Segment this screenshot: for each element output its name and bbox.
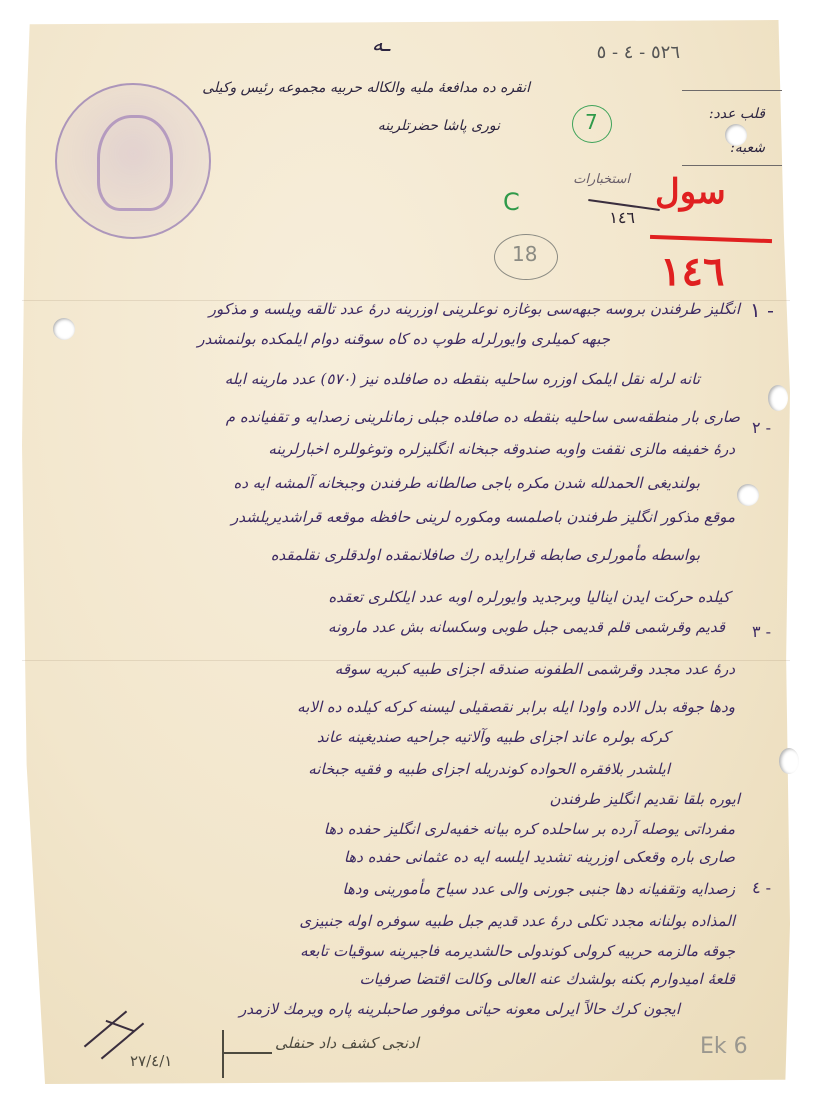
signature-stroke — [222, 1052, 272, 1054]
punch-hole — [737, 484, 759, 506]
paragraph-4-line-6: قلعهٔ امیدوارم بکنه بولشدك عنه العالی وک… — [360, 970, 735, 988]
archive-note-number: ١٤٦ — [609, 208, 635, 227]
divider — [682, 165, 782, 166]
paragraph-3-line-5: کرکه بولره عاند اجزای طبیه وآلاتیه جراحی… — [317, 728, 670, 746]
pencil-circle-number: 18 — [512, 242, 537, 266]
paragraph-4-line-1: مفرداتی یوصله آرده بر ساحلده کره بیانه خ… — [324, 820, 735, 838]
paragraph-2-line-5: بواسطه مأمورلری صابطه قرارایده رك صافلان… — [271, 546, 700, 564]
paragraph-number: ١ - — [750, 298, 774, 322]
punch-hole — [53, 318, 75, 340]
paragraph-2-line-3: بولندیغی الحمدلله شدن مکره باجی صالطانه … — [233, 474, 700, 492]
paragraph-3-line-7: ایوره بلقا نقدیم انگلیز طرفندن — [549, 790, 740, 808]
green-mark: C — [503, 188, 520, 216]
green-circle-number: 7 — [585, 110, 598, 134]
red-annotation-top: سول — [655, 172, 726, 212]
paragraph-4-line-7: ایجون کرك حالاً ایرلی معونه حیاتی موفور … — [239, 1000, 680, 1018]
signature-date: ٢٧/٤/١ — [130, 1052, 172, 1070]
pencil-footer: Ek 6 — [700, 1034, 748, 1059]
top-marker: ـه — [372, 32, 390, 57]
paragraph-1-line-3: تانه لرله نقل ایلمک اوزره ساحلیه بنقطه د… — [225, 370, 700, 388]
red-annotation-number: ١٤٦ — [660, 248, 724, 295]
paragraph-3-line-4: ودها جوقه بدل الاده واودا ایله برابر نقص… — [297, 698, 735, 716]
paragraph-number: ٣ - — [752, 622, 771, 641]
registry-date: ٥٢٦ - ٤ - ٥ — [597, 42, 680, 63]
portrait-icon — [97, 115, 173, 211]
paragraph-3-line-6: ایلشدر بلافقره الحواده کوندریله اجزای طب… — [308, 760, 670, 778]
archive-note-label: استخبارات — [573, 172, 630, 187]
paragraph-3-line-3: درهٔ عدد مجدد وقرشمی الطفونه صندقه اجزای… — [335, 660, 735, 678]
portrait-seal-stamp — [55, 83, 211, 239]
paragraph-3-line-1: کیلده حرکت ایدن اینالیا وبرجدید وایورلره… — [328, 588, 730, 606]
paragraph-4-line-3: زصدایه وتقفیانه دها جنبی جورنی والی عدد … — [342, 880, 735, 898]
paragraph-4-line-2: صاری باره وقعکی اوزرینه تشدید ایلسه ایه … — [344, 848, 735, 866]
divider — [682, 90, 782, 91]
signature-text: ادنجی کشف داد حنفلی — [275, 1034, 419, 1052]
paragraph-2-line-2: درهٔ خفیفه مالزی نقفت واوبه صندوقه جبخان… — [268, 440, 735, 458]
registry-box-line-2: شعبه: — [730, 140, 765, 156]
header-line-2: نوری پاشا حضرتلرینه — [378, 118, 500, 134]
paragraph-2-line-1: صاری بار منطقه‌سی ساحلیه بنقطه ده صافلده… — [226, 408, 740, 426]
paragraph-4-line-4: المذاده بولنانه مجدد تکلی درهٔ عدد قدیم … — [299, 912, 735, 930]
paragraph-4-line-5: جوقه مالزمه حربیه کرولی کوندولی حالشدیرم… — [300, 942, 735, 960]
header-line-1: انقره ده مدافعهٔ ملیه والکاله حربیه مجمو… — [202, 80, 530, 96]
paragraph-1-line-2: جبهه کمیلری وایورلرله طوپ ده کاه سوقنه د… — [197, 330, 610, 348]
torn-notch — [779, 748, 799, 774]
signature-stroke — [222, 1030, 224, 1078]
paragraph-3-line-2: قدیم وقرشمی قلم قدیمی جبل طوبی وسکسانه ب… — [328, 618, 725, 636]
paragraph-number: ٢ - — [752, 418, 771, 437]
registry-box-line-1: قلب عدد: — [709, 106, 765, 122]
torn-notch — [768, 385, 788, 411]
paragraph-2-line-4: موقع مذکور انگلیز طرفندن باصلمسه ومکوره … — [231, 508, 735, 526]
paragraph-number: ٤ - — [752, 878, 771, 897]
paragraph-1-line-1: انگلیز طرفندن بروسه جبهه‌سی بوغازه نوعلر… — [209, 300, 740, 318]
